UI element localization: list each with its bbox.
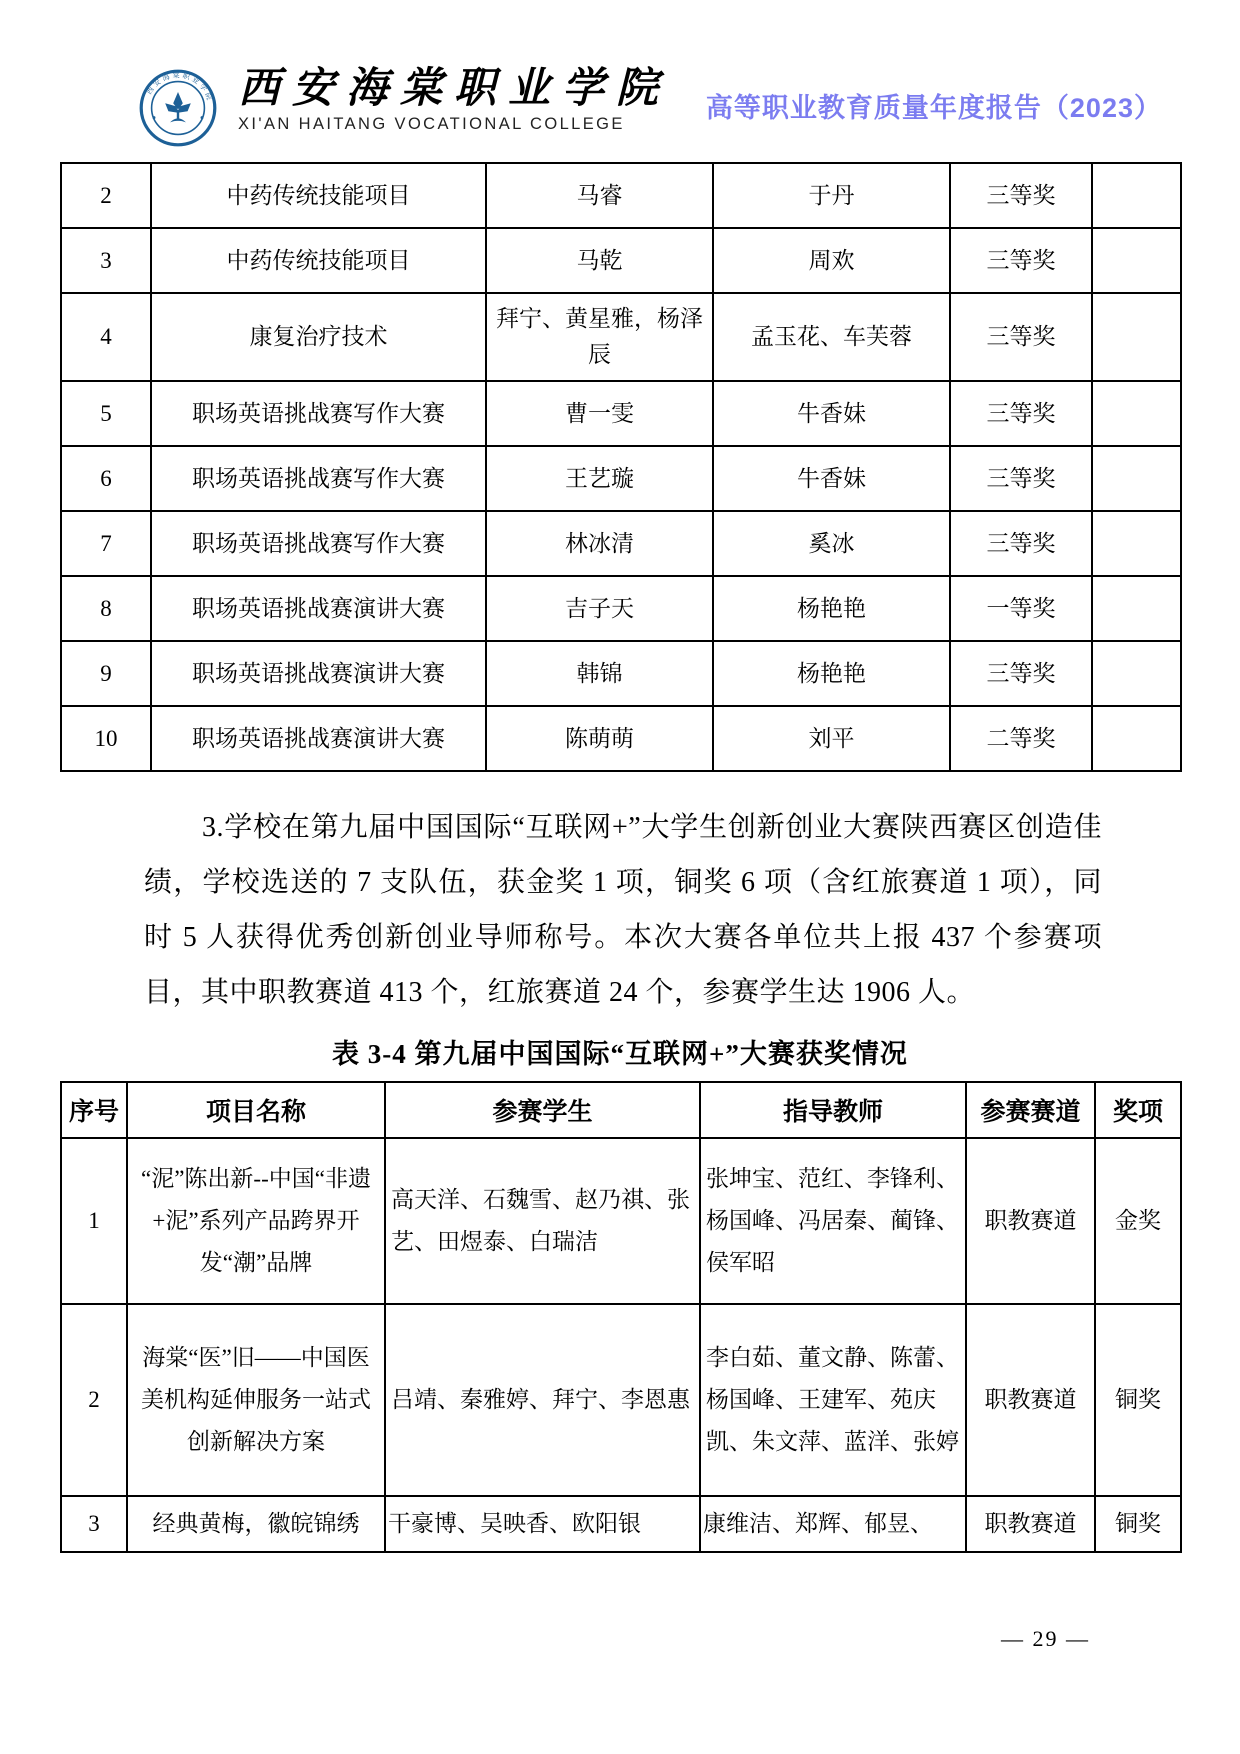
table-row: 3经典黄梅，徽皖锦绣干豪博、吴映香、欧阳银康维洁、郑辉、郁昱、职教赛道铜奖 <box>61 1496 1181 1552</box>
table-cell <box>1092 446 1181 511</box>
table-cell: 职教赛道 <box>966 1496 1095 1552</box>
table-cell: 韩锦 <box>486 641 713 706</box>
table-cell: 康复治疗技术 <box>151 293 486 381</box>
table-cell: 职场英语挑战赛演讲大赛 <box>151 641 486 706</box>
column-header-index: 序号 <box>61 1082 127 1138</box>
table-row: 1“泥”陈出新--中国“非遗+泥”系列产品跨界开发“潮”品牌高天洋、石魏雪、赵乃… <box>61 1138 1181 1304</box>
table-cell: 马乾 <box>486 228 713 293</box>
table-row: 6职场英语挑战赛写作大赛王艺璇牛香妹三等奖 <box>61 446 1181 511</box>
table-cell: 于丹 <box>713 163 950 228</box>
table-cell: 吕靖、秦雅婷、拜宁、李恩惠 <box>385 1304 700 1496</box>
table-cell: 金奖 <box>1095 1138 1181 1304</box>
table-cell <box>1092 706 1181 771</box>
internet-plus-awards-table: 序号 项目名称 参赛学生 指导教师 参赛赛道 奖项 1“泥”陈出新--中国“非遗… <box>60 1081 1182 1553</box>
table-row: 4康复治疗技术拜宁、黄星雅，杨泽辰孟玉花、车芙蓉三等奖 <box>61 293 1181 381</box>
table-cell: 经典黄梅，徽皖锦绣 <box>127 1496 385 1552</box>
table-cell: 牛香妹 <box>713 381 950 446</box>
table-cell: 2 <box>61 163 151 228</box>
table-row: 5职场英语挑战赛写作大赛曹一雯牛香妹三等奖 <box>61 381 1181 446</box>
column-header-project: 项目名称 <box>127 1082 385 1138</box>
table-cell: 三等奖 <box>950 381 1092 446</box>
table-cell: 7 <box>61 511 151 576</box>
table-cell: 10 <box>61 706 151 771</box>
table-cell: 三等奖 <box>950 228 1092 293</box>
column-header-teachers: 指导教师 <box>700 1082 966 1138</box>
table-cell: 中药传统技能项目 <box>151 163 486 228</box>
table-cell: 刘平 <box>713 706 950 771</box>
college-name-english: XI'AN HAITANG VOCATIONAL COLLEGE <box>238 115 670 134</box>
table-cell: 9 <box>61 641 151 706</box>
table-cell: 林冰清 <box>486 511 713 576</box>
table-cell: 陈萌萌 <box>486 706 713 771</box>
table-cell: 1 <box>61 1138 127 1304</box>
page-content: 2中药传统技能项目马睿于丹三等奖3中药传统技能项目马乾周欢三等奖4康复治疗技术拜… <box>60 162 1180 1553</box>
college-name: 西安海棠职业学院 <box>238 66 670 112</box>
table-row: 10职场英语挑战赛演讲大赛陈萌萌刘平二等奖 <box>61 706 1181 771</box>
table-cell: 三等奖 <box>950 163 1092 228</box>
table-cell: 职场英语挑战赛写作大赛 <box>151 446 486 511</box>
table-cell: 2 <box>61 1304 127 1496</box>
table-cell: 吉子天 <box>486 576 713 641</box>
table-cell: 曹一雯 <box>486 381 713 446</box>
table-cell: 8 <box>61 576 151 641</box>
table-cell: 拜宁、黄星雅，杨泽辰 <box>486 293 713 381</box>
page-number: — 29 — <box>1001 1626 1090 1652</box>
table-body: 2中药传统技能项目马睿于丹三等奖3中药传统技能项目马乾周欢三等奖4康复治疗技术拜… <box>61 163 1181 771</box>
table-cell: 二等奖 <box>950 706 1092 771</box>
table-cell: 职场英语挑战赛演讲大赛 <box>151 576 486 641</box>
document-page: { "header": { "college_name_zh": "西安海棠职业… <box>0 0 1240 1754</box>
body-paragraph: 3.学校在第九届中国国际“互联网+”大学生创新创业大赛陕西赛区创造佳绩，学校选送… <box>144 800 1102 1020</box>
table-cell: 张坤宝、范红、李锋利、杨国峰、冯居秦、蔺锋、侯军昭 <box>700 1138 966 1304</box>
table-cell <box>1092 228 1181 293</box>
table-cell: 三等奖 <box>950 511 1092 576</box>
table-cell: 三等奖 <box>950 446 1092 511</box>
table-cell <box>1092 511 1181 576</box>
table-cell: “泥”陈出新--中国“非遗+泥”系列产品跨界开发“潮”品牌 <box>127 1138 385 1304</box>
table-row: 7职场英语挑战赛写作大赛林冰清奚冰三等奖 <box>61 511 1181 576</box>
table-row: 9职场英语挑战赛演讲大赛韩锦杨艳艳三等奖 <box>61 641 1181 706</box>
table-cell: 海棠“医”旧——中国医美机构延伸服务一站式创新解决方案 <box>127 1304 385 1496</box>
table-cell: 一等奖 <box>950 576 1092 641</box>
table-cell: 中药传统技能项目 <box>151 228 486 293</box>
table-cell: 职教赛道 <box>966 1304 1095 1496</box>
column-header-track: 参赛赛道 <box>966 1082 1095 1138</box>
table-cell: 三等奖 <box>950 293 1092 381</box>
column-header-award: 奖项 <box>1095 1082 1181 1138</box>
report-title: 高等职业教育质量年度报告（2023） <box>706 86 1162 125</box>
table-cell: 职教赛道 <box>966 1138 1095 1304</box>
table-header: 序号 项目名称 参赛学生 指导教师 参赛赛道 奖项 <box>61 1082 1181 1138</box>
table-cell: 4 <box>61 293 151 381</box>
table-cell: 牛香妹 <box>713 446 950 511</box>
table-cell: 王艺璇 <box>486 446 713 511</box>
table-cell: 3 <box>61 228 151 293</box>
table-cell <box>1092 381 1181 446</box>
table-row: 3中药传统技能项目马乾周欢三等奖 <box>61 228 1181 293</box>
table-cell: 6 <box>61 446 151 511</box>
table-cell: 马睿 <box>486 163 713 228</box>
table-cell: 铜奖 <box>1095 1496 1181 1552</box>
table-cell: 5 <box>61 381 151 446</box>
table-cell: 孟玉花、车芙蓉 <box>713 293 950 381</box>
table-cell: 杨艳艳 <box>713 641 950 706</box>
table-cell: 3 <box>61 1496 127 1552</box>
table-cell <box>1092 641 1181 706</box>
table-cell: 高天洋、石魏雪、赵乃祺、张艺、田煜泰、白瑞洁 <box>385 1138 700 1304</box>
table-row: 2海棠“医”旧——中国医美机构延伸服务一站式创新解决方案吕靖、秦雅婷、拜宁、李恩… <box>61 1304 1181 1496</box>
table-cell: 职场英语挑战赛写作大赛 <box>151 511 486 576</box>
table-cell: 职场英语挑战赛演讲大赛 <box>151 706 486 771</box>
table-cell: 奚冰 <box>713 511 950 576</box>
table-caption: 表 3-4 第九届中国国际“互联网+”大赛获奖情况 <box>60 1032 1180 1071</box>
column-header-students: 参赛学生 <box>385 1082 700 1138</box>
table-cell: 职场英语挑战赛写作大赛 <box>151 381 486 446</box>
college-name-block: 西安海棠职业学院 XI'AN HAITANG VOCATIONAL COLLEG… <box>238 66 670 134</box>
table-cell: 铜奖 <box>1095 1304 1181 1496</box>
table-cell: 周欢 <box>713 228 950 293</box>
table-cell: 杨艳艳 <box>713 576 950 641</box>
table-cell: 李白茹、董文静、陈蕾、杨国峰、王建军、苑庆凯、朱文萍、蓝洋、张婷 <box>700 1304 966 1496</box>
table-cell: 康维洁、郑辉、郁昱、 <box>700 1496 966 1552</box>
table-cell <box>1092 293 1181 381</box>
table-cell <box>1092 576 1181 641</box>
skills-competition-awards-table: 2中药传统技能项目马睿于丹三等奖3中药传统技能项目马乾周欢三等奖4康复治疗技术拜… <box>60 162 1182 772</box>
table-row: 8职场英语挑战赛演讲大赛吉子天杨艳艳一等奖 <box>61 576 1181 641</box>
table-cell: 三等奖 <box>950 641 1092 706</box>
table-body: 1“泥”陈出新--中国“非遗+泥”系列产品跨界开发“潮”品牌高天洋、石魏雪、赵乃… <box>61 1138 1181 1552</box>
page-header: 西安海棠职业学院 西安海棠职业学院 XI'AN HAITANG VOCATION… <box>138 66 1162 152</box>
table-header-row: 序号 项目名称 参赛学生 指导教师 参赛赛道 奖项 <box>61 1082 1181 1138</box>
college-seal-icon: 西安海棠职业学院 <box>138 68 218 148</box>
table-cell <box>1092 163 1181 228</box>
table-cell: 干豪博、吴映香、欧阳银 <box>385 1496 700 1552</box>
table-row: 2中药传统技能项目马睿于丹三等奖 <box>61 163 1181 228</box>
